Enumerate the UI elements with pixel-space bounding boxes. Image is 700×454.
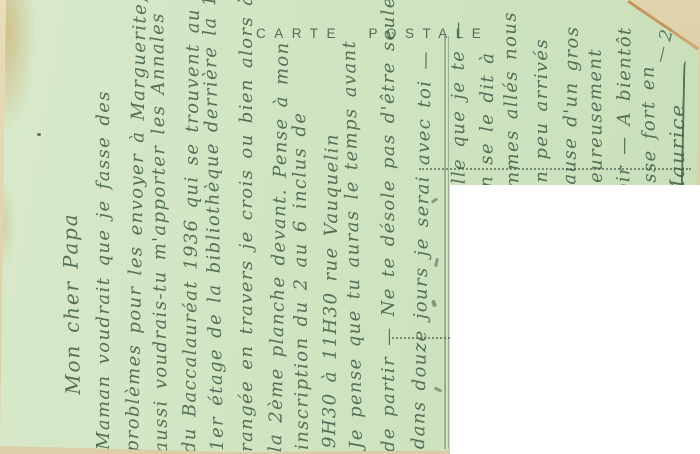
handwriting-line: Mon cher Papa: [58, 212, 85, 395]
handwriting-line: inscription du 2 au 6 inclus de: [289, 112, 313, 450]
handwriting-line: heureusement: [585, 48, 607, 196]
foxing-stain: [0, 180, 16, 270]
handwriting-line: 1er étage de la bibliothèque derrière la…: [198, 0, 228, 451]
handwriting-line: soir — A bientôt: [613, 26, 636, 205]
white-cutout-overlay: [450, 185, 700, 454]
handwriting-line: sommes allés nous: [499, 11, 524, 212]
handwriting-line: aussi voudrais-tu m'apporter les Annales: [147, 12, 172, 453]
ink-fragment: [431, 300, 437, 308]
ink-fragment: [434, 258, 439, 267]
handwriting-line: on se le dit à: [476, 52, 498, 201]
handwriting-line: ron peu arrivés: [531, 38, 552, 205]
handwriting-line: rasse fort en: [638, 65, 661, 205]
handwriting-line: Maman voudrait que je fasse des: [93, 90, 114, 450]
ink-fragment: [434, 386, 443, 392]
handwriting-line: de partir — Ne te désole pas d'être seul…: [378, 0, 399, 452]
handwriting-line: Je pense que tu auras le temps avant: [339, 40, 367, 449]
handwriting-line: cause d'un gros: [559, 25, 583, 196]
handwriting-line: 9H30 à 11H30 rue Vauquelin: [319, 133, 343, 448]
handwriting-line: dans douze jours je serai avec toi —: [408, 50, 436, 449]
ink-speck: [37, 133, 41, 136]
handwriting-line: problèmes pour les envoyer à Marguerite,: [122, 0, 151, 452]
handwriting-line: rangée en travers je crois ou bien alors…: [236, 0, 257, 452]
postcard-photo: CARTE POSTALE — 28 Mon cher PapaMaman vo…: [0, 0, 700, 454]
foxing-stain: [0, 0, 36, 136]
handwriting-line: la 2ème planche devant. Pense à mon: [265, 41, 293, 452]
center-divider-line: [444, 36, 446, 449]
